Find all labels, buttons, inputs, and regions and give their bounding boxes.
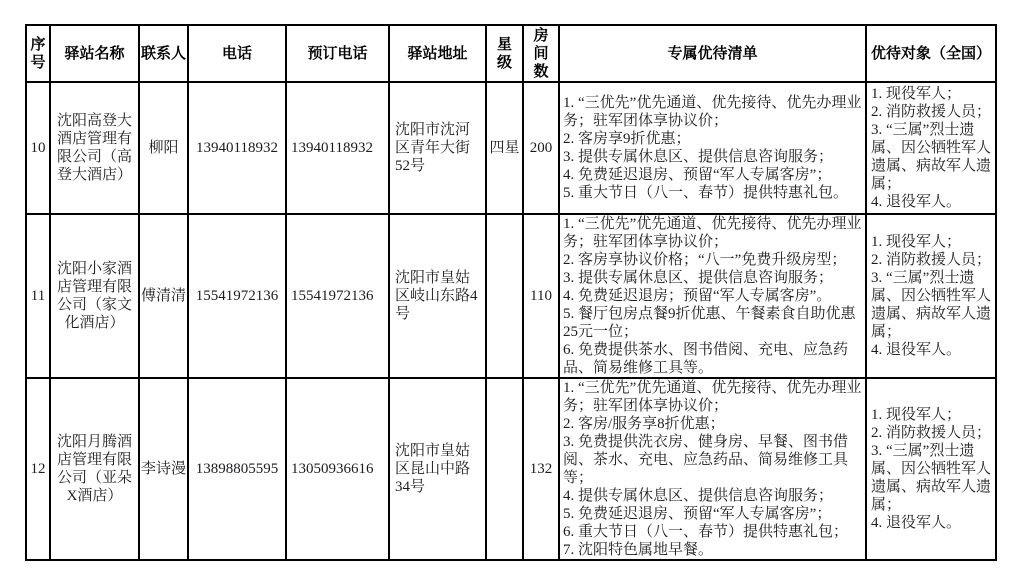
cell-benefit-list: 1. “三优先”优先通道、优先接待、优先办理业务；驻军团体享协议价； 2. 客房… (559, 82, 866, 214)
cell-station-address: 沈阳市皇姑区岐山东路4号 (389, 214, 486, 378)
cell-phone: 15541972136 (188, 214, 286, 378)
cell-booking-phone: 15541972136 (286, 214, 389, 378)
cell-station-address: 沈阳市皇姑区昆山中路34号 (389, 378, 486, 560)
document-page: 序号 驿站名称 联系人 电话 预订电话 驿站地址 星级 房间数 专属优待清单 优… (0, 0, 1021, 569)
cell-booking-phone: 13940118932 (286, 82, 389, 214)
cell-station-name: 沈阳高登大酒店管理有限公司（高登大酒店） (50, 82, 139, 214)
header-station-name: 驿站名称 (50, 25, 139, 82)
cell-phone: 13940118932 (188, 82, 286, 214)
cell-star-level (486, 378, 523, 560)
cell-phone: 13898805595 (188, 378, 286, 560)
cell-target-group: 1. 现役军人； 2. 消防救援人员； 3. “三属”烈士遗属、因公牺牲军人遗属… (866, 378, 996, 560)
cell-benefit-list: 1. “三优先”优先通道、优先接待、优先办理业务；驻军团体享协议价； 2. 客房… (559, 214, 866, 378)
table-row: 12 沈阳月腾酒店管理有限公司（亚朵X酒店） 李诗漫 13898805595 1… (26, 378, 996, 560)
cell-target-group: 1. 现役军人； 2. 消防救援人员； 3. “三属”烈士遗属、因公牺牲军人遗属… (866, 214, 996, 378)
cell-room-count: 132 (523, 378, 559, 560)
cell-serial-number: 11 (26, 214, 50, 378)
header-star-level: 星级 (486, 25, 523, 82)
header-room-count: 房间数 (523, 25, 559, 82)
cell-station-address: 沈阳市沈河区青年大街52号 (389, 82, 486, 214)
veteran-hotel-table: 序号 驿站名称 联系人 电话 预订电话 驿站地址 星级 房间数 专属优待清单 优… (25, 24, 997, 561)
header-row: 序号 驿站名称 联系人 电话 预订电话 驿站地址 星级 房间数 专属优待清单 优… (26, 25, 996, 82)
header-target-group: 优待对象（全国） (866, 25, 996, 82)
cell-serial-number: 10 (26, 82, 50, 214)
cell-contact-person: 柳阳 (139, 82, 188, 214)
cell-star-level: 四星 (486, 82, 523, 214)
cell-room-count: 200 (523, 82, 559, 214)
cell-benefit-list: 1. “三优先”优先通道、优先接待、优先办理业务；驻军团体享协议价； 2. 客房… (559, 378, 866, 560)
cell-star-level (486, 214, 523, 378)
header-contact-person: 联系人 (139, 25, 188, 82)
header-serial-number: 序号 (26, 25, 50, 82)
cell-booking-phone: 13050936616 (286, 378, 389, 560)
header-booking-phone: 预订电话 (286, 25, 389, 82)
table-row: 11 沈阳小家酒店管理有限公司（家文化酒店） 傅清清 15541972136 1… (26, 214, 996, 378)
cell-target-group: 1. 现役军人； 2. 消防救援人员； 3. “三属”烈士遗属、因公牺牲军人遗属… (866, 82, 996, 214)
cell-station-name: 沈阳月腾酒店管理有限公司（亚朵X酒店） (50, 378, 139, 560)
header-station-address: 驿站地址 (389, 25, 486, 82)
cell-contact-person: 李诗漫 (139, 378, 188, 560)
header-benefit-list: 专属优待清单 (559, 25, 866, 82)
cell-station-name: 沈阳小家酒店管理有限公司（家文化酒店） (50, 214, 139, 378)
cell-room-count: 110 (523, 214, 559, 378)
cell-serial-number: 12 (26, 378, 50, 560)
cell-contact-person: 傅清清 (139, 214, 188, 378)
header-phone: 电话 (188, 25, 286, 82)
table-row: 10 沈阳高登大酒店管理有限公司（高登大酒店） 柳阳 13940118932 1… (26, 82, 996, 214)
